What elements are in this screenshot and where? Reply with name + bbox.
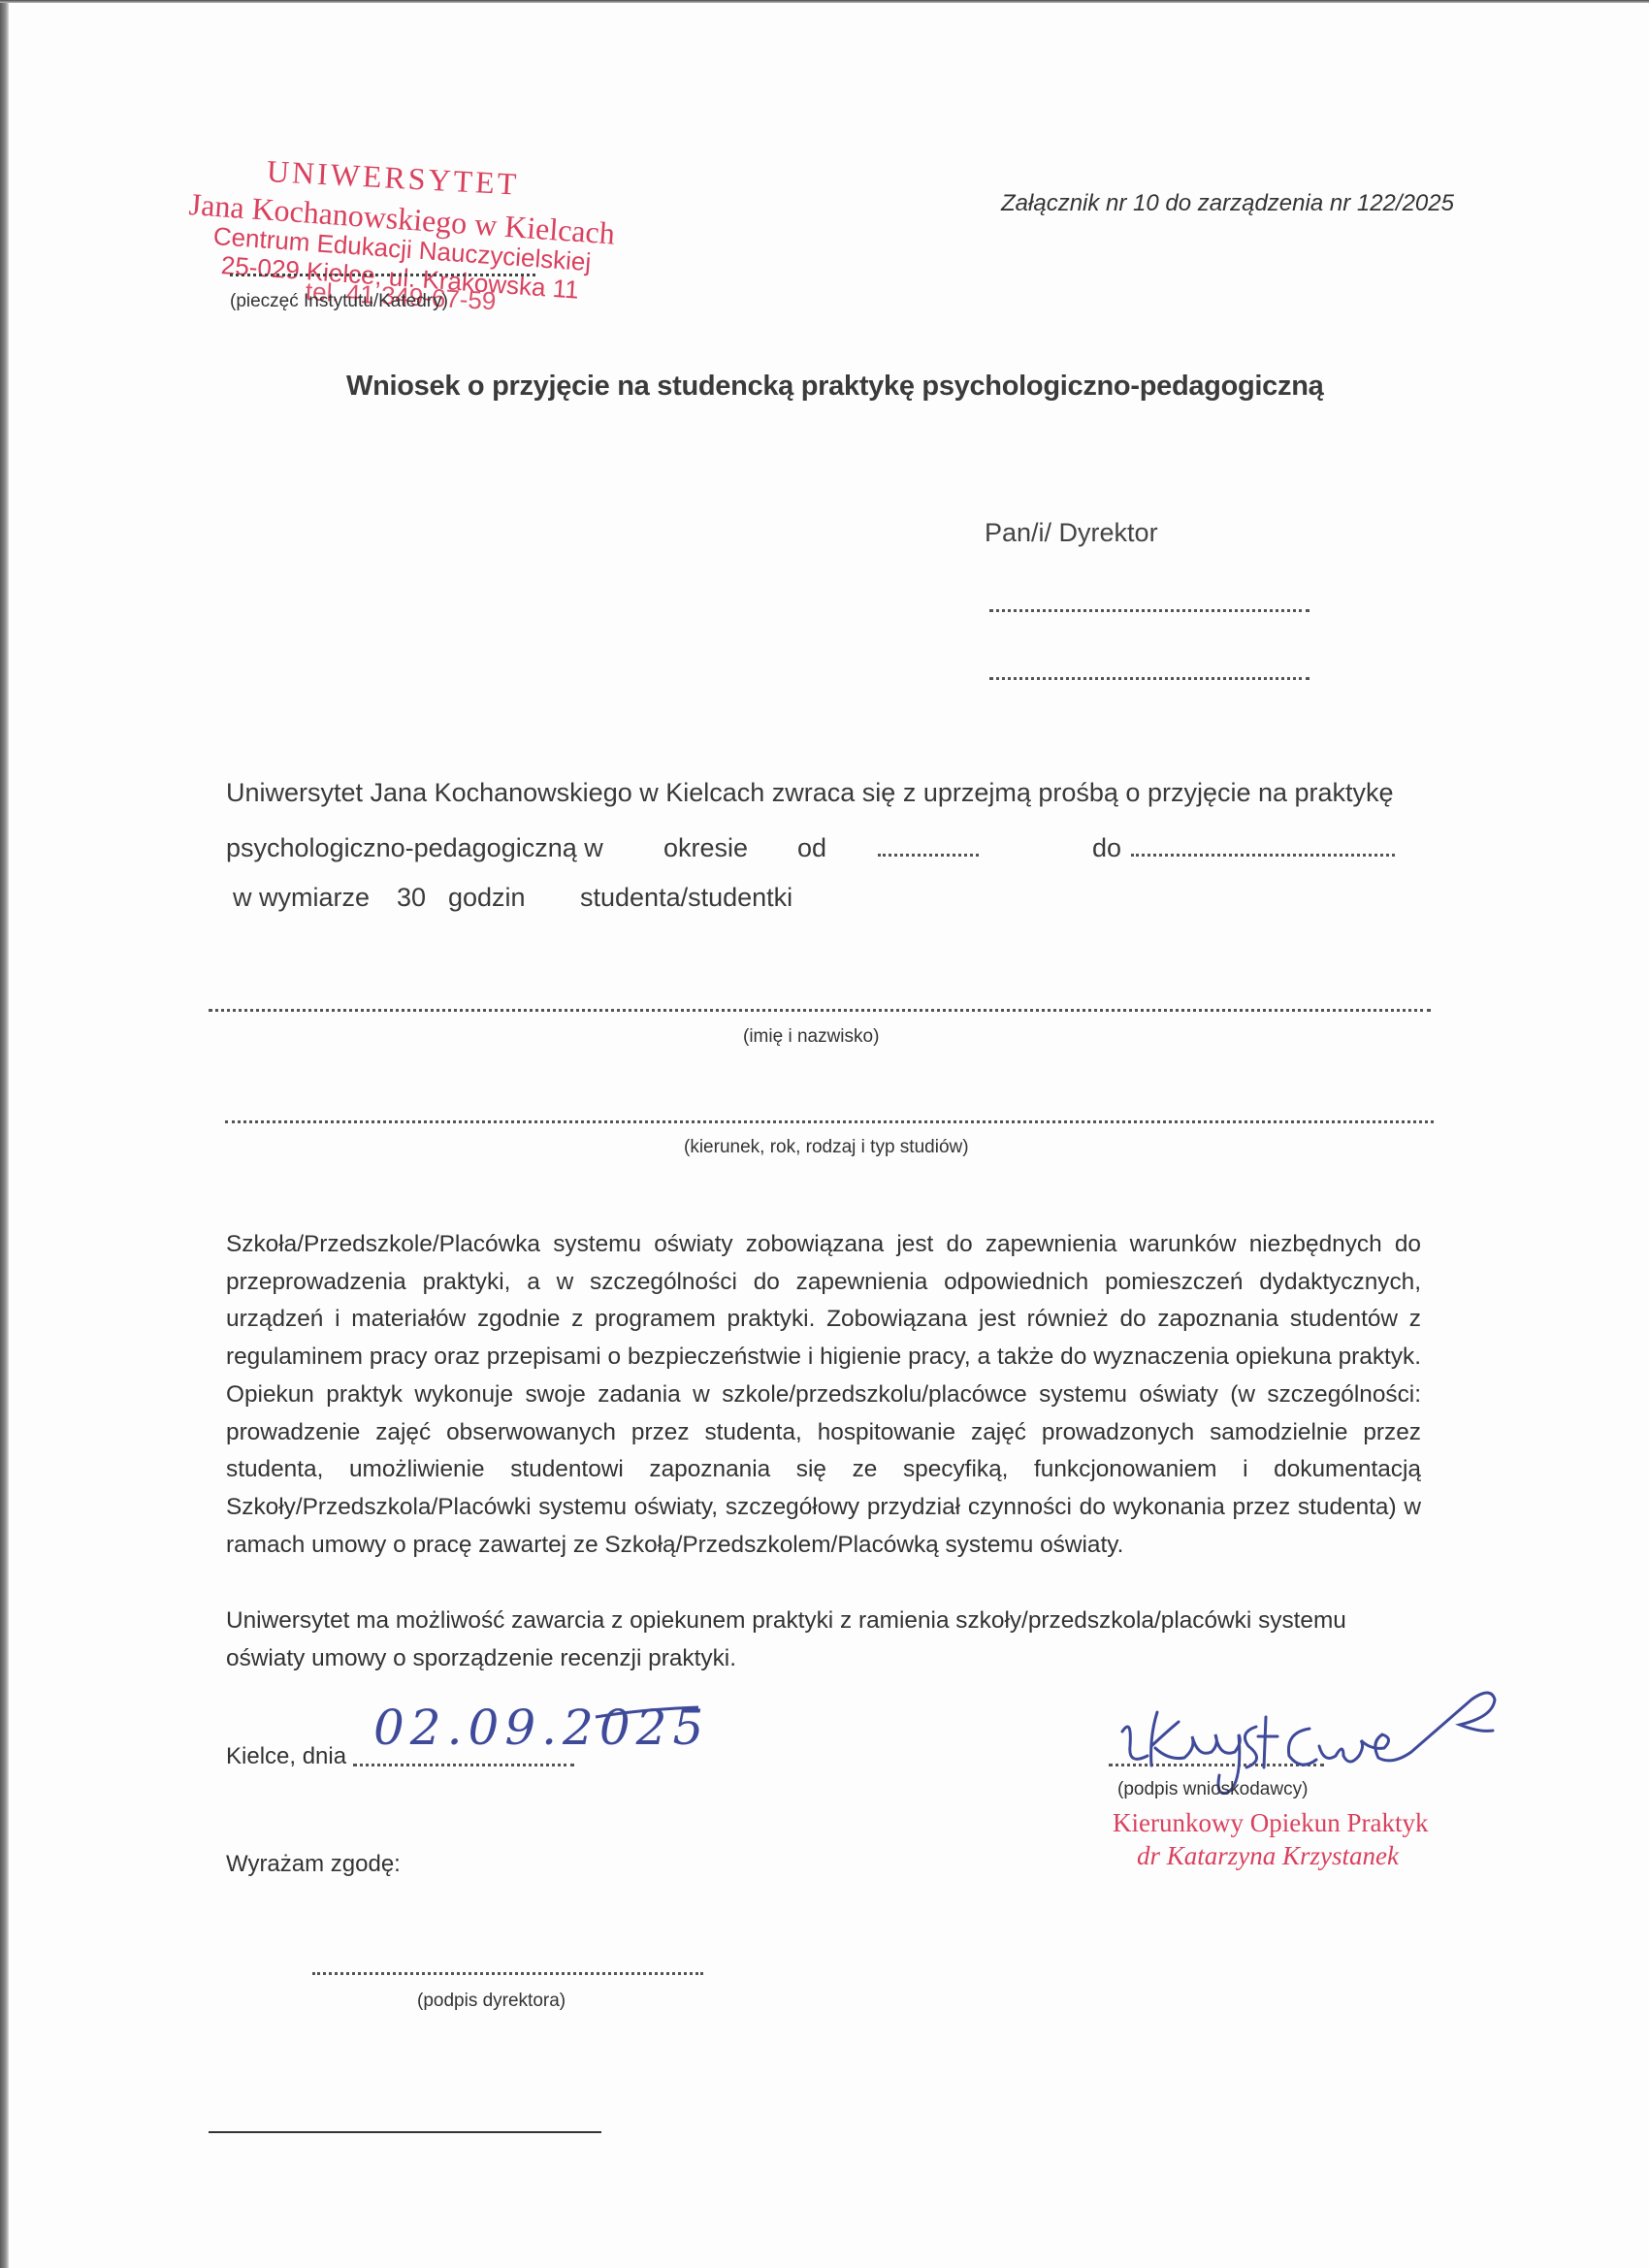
footnote-separator [209, 2131, 601, 2133]
study-details-field[interactable] [225, 1120, 1434, 1123]
stamp-dotted-line [230, 274, 535, 276]
student-name-field[interactable] [209, 1009, 1431, 1012]
annex-reference: Załącznik nr 10 do zarządzenia nr 122/20… [1001, 190, 1454, 217]
page-top-edge-shadow [0, 0, 1649, 3]
place-date-label: Kielce, dnia [226, 1743, 346, 1770]
addressee-line-1[interactable] [989, 609, 1309, 612]
date-flourish [594, 1705, 700, 1719]
document-title: Wniosek o przyjęcie na studencką praktyk… [346, 371, 1323, 403]
consent-label: Wyrażam zgodę: [226, 1851, 401, 1878]
request-line-2a: psychologiczno-pedagogiczną w [226, 833, 603, 863]
applicant-role-stamp: Kierunkowy Opiekun Praktyk [1113, 1808, 1428, 1838]
applicant-signature-caption: (podpis wnioskodawcy) [1117, 1779, 1308, 1800]
page-left-edge-shadow [0, 0, 9, 2268]
request-line-1: Uniwersytet Jana Kochanowskiego w Kielca… [226, 778, 1394, 808]
date-field[interactable] [353, 1764, 574, 1766]
obligations-paragraph: Szkoła/Przedszkole/Placówka systemu oświ… [226, 1226, 1421, 1564]
period-from-field[interactable] [878, 854, 979, 857]
request-line-2b: okresie [663, 833, 748, 863]
hours-value: 30 [397, 883, 426, 913]
review-contract-paragraph: Uniwersytet ma możliwość zawarcia z opie… [226, 1603, 1421, 1677]
request-line-2c: od [797, 833, 826, 863]
request-line-2d: do [1092, 833, 1121, 863]
director-signature-caption: (podpis dyrektora) [417, 1991, 566, 2012]
period-to-field[interactable] [1131, 854, 1395, 857]
addressee-label: Pan/i/ Dyrektor [985, 518, 1158, 548]
addressee-line-2[interactable] [989, 677, 1309, 680]
director-signature-line[interactable] [312, 1972, 703, 1975]
student-name-caption: (imię i nazwisko) [743, 1026, 879, 1048]
stamp-caption: (pieczęć Instytutu/Katedry) [230, 291, 448, 312]
applicant-name-stamp: dr Katarzyna Krzystanek [1137, 1841, 1399, 1871]
request-line-3c: studenta/studentki [580, 883, 792, 913]
request-line-3b: godzin [448, 883, 526, 913]
study-details-caption: (kierunek, rok, rodzaj i typ studiów) [684, 1137, 969, 1158]
review-contract-line-1: Uniwersytet ma możliwość zawarcia z opie… [226, 1603, 1421, 1640]
review-contract-line-2: oświaty umowy o sporządzenie recenzji pr… [226, 1640, 1421, 1678]
request-line-3a: w wymiarze [233, 883, 370, 913]
